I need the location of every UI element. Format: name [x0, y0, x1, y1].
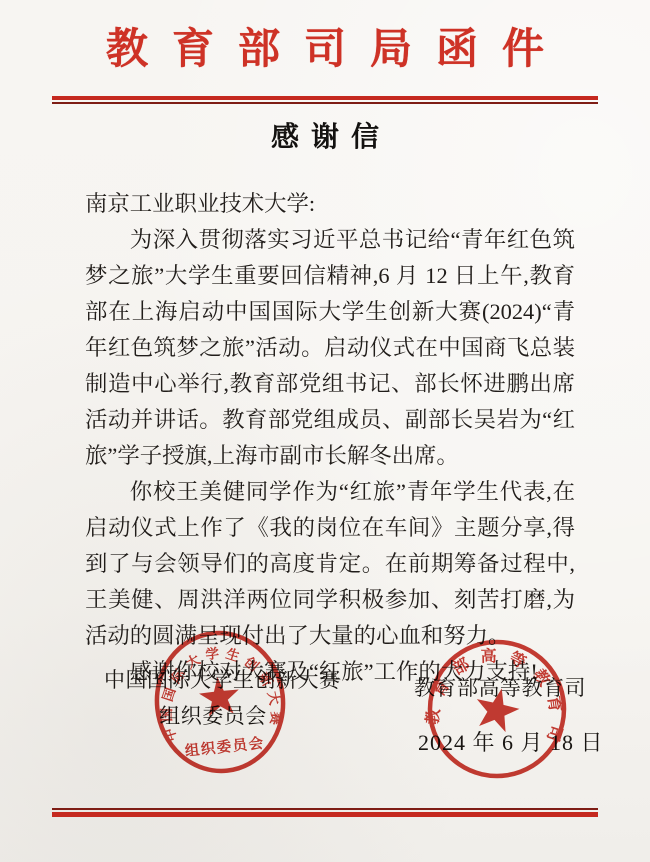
salutation: 南京工业职业技术大学: — [85, 186, 575, 222]
organizing-committee-seal-icon: 中国国际大学生创新大赛 组织委员会 — [142, 619, 297, 785]
letter-title: 感谢信 — [0, 118, 650, 158]
higher-education-dept-seal-icon: 教育部高等教育司 — [407, 619, 587, 799]
paragraph-2: 你校王美健同学作为“红旅”青年学生代表,在启动仪式上作了《我的岗位在车间》主题分… — [85, 474, 575, 654]
seal-bottom-text: 组织委员会 — [184, 734, 265, 760]
rule-thin-line — [52, 102, 598, 104]
footer-double-rule — [52, 808, 598, 817]
letterhead-double-rule — [52, 96, 598, 104]
paragraph-1: 为深入贯彻落实习近平总书记给“青年红色筑梦之旅”大学生重要回信精神,6 月 12… — [85, 222, 575, 474]
star-icon — [471, 684, 523, 734]
star-icon — [198, 675, 242, 717]
rule-thick-line — [52, 812, 598, 817]
letterhead-title: 教育部司局函件 — [0, 24, 650, 76]
letter-page: 教育部司局函件 感谢信 南京工业职业技术大学: 为深入贯彻落实习近平总书记给“青… — [0, 0, 650, 862]
letter-body: 南京工业职业技术大学: 为深入贯彻落实习近平总书记给“青年红色筑梦之旅”大学生重… — [85, 186, 575, 690]
